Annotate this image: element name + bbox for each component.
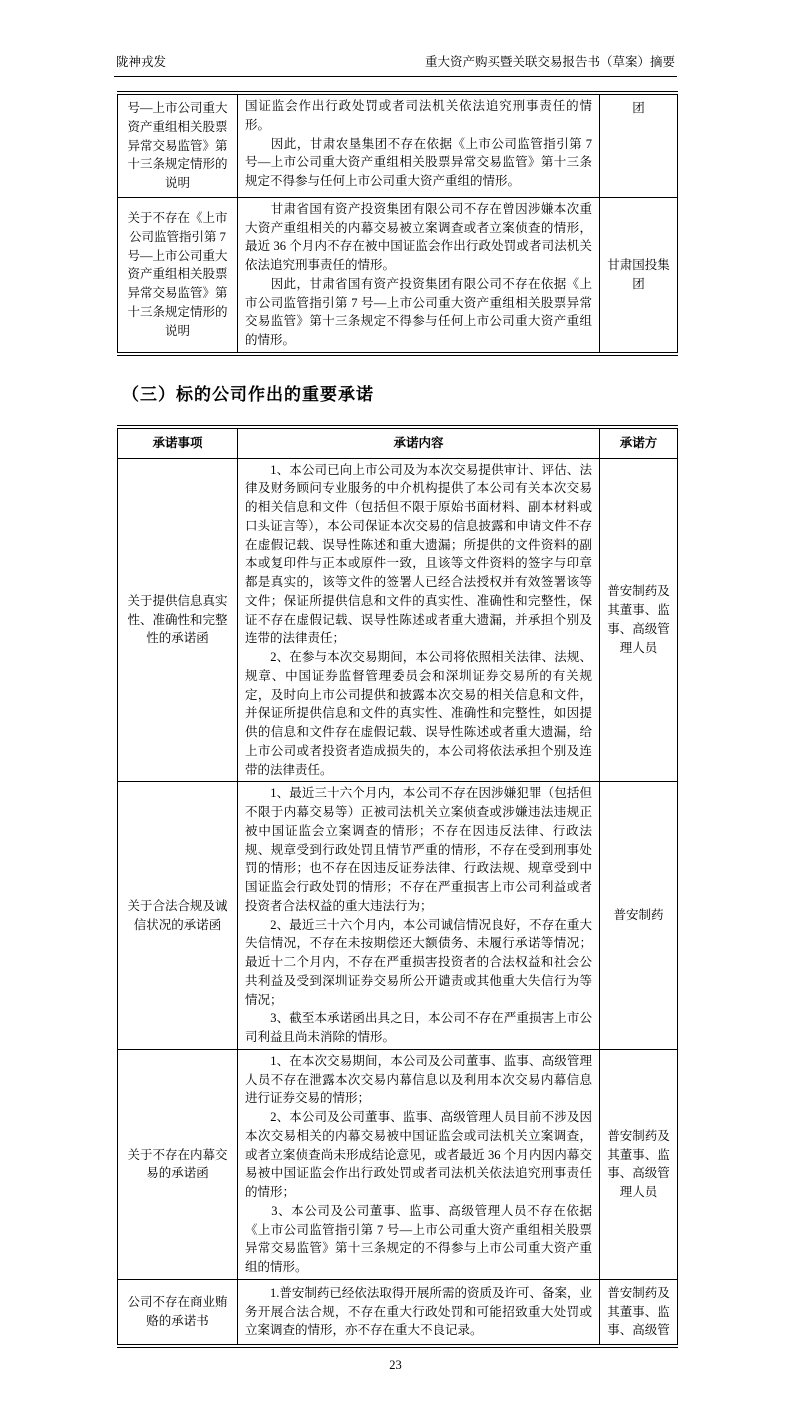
table-row: 号—上市公司重大资产重组相关股票异常交易监管》第十三条规定情形的说明国证监会作出…	[118, 93, 678, 197]
commitment-party-cell: 普安制药及其董事、监事、高级管	[600, 1279, 678, 1346]
commitment-paragraph: 因此，甘肃省国有资产投资集团有限公司不存在依据《上市公司监管指引第 7 号—上市…	[245, 275, 592, 350]
commitment-item-cell: 关于提供信息真实性、准确性和完整性的承诺函	[118, 458, 238, 782]
commitment-party-cell: 甘肃国投集团	[600, 197, 678, 354]
commitment-item-cell: 关于合法合规及诚信状况的承诺函	[118, 782, 238, 1050]
table-row: 关于合法合规及诚信状况的承诺函 1、最近三十六个月内，本公司不存在因涉嫌犯罪（包…	[118, 782, 678, 1050]
commitment-party-cell: 普安制药及其董事、监事、高级管理人员	[600, 458, 678, 782]
commitment-item-cell: 号—上市公司重大资产重组相关股票异常交易监管》第十三条规定情形的说明	[118, 93, 238, 197]
table-header-row: 承诺事项 承诺内容 承诺方	[118, 427, 678, 458]
page-number: 23	[114, 1358, 677, 1373]
header-divider-gap	[114, 77, 677, 91]
commitment-party-cell: 团	[600, 93, 678, 197]
commitment-paragraph: 甘肃省国有资产投资集团有限公司不存在曾因涉嫌本次重大资产重组相关的内幕交易被立案…	[245, 200, 592, 275]
table-row: 关于提供信息真实性、准确性和完整性的承诺函 1、本公司已向上市公司及为本次交易提…	[118, 458, 678, 782]
commitment-paragraph: 2、本公司及公司董事、监事、高级管理人员目前不涉及因本次交易相关的内幕交易被中国…	[245, 1108, 592, 1202]
header-report-title: 重大资产购买暨关联交易报告书（草案）摘要	[425, 52, 675, 70]
commitment-item-cell: 关于不存在内幕交易的承诺函	[118, 1049, 238, 1279]
commitment-party-cell: 普安制药	[600, 782, 678, 1050]
table-row: 公司不存在商业贿赂的承诺书 1.普安制药已经依法取得开展所需的资质及许可、备案，…	[118, 1279, 678, 1346]
target-company-commitments-table: 承诺事项 承诺内容 承诺方 关于提供信息真实性、准确性和完整性的承诺函 1、本公…	[117, 425, 678, 1348]
page-header: 陇神戎发 重大资产购买暨关联交易报告书（草案）摘要	[114, 52, 677, 77]
column-header-commitment-party: 承诺方	[600, 427, 678, 458]
commitment-content-cell: 1、最近三十六个月内，本公司不存在因涉嫌犯罪（包括但不限于内幕交易等）正被司法机…	[238, 782, 600, 1050]
continued-commitments-table: 号—上市公司重大资产重组相关股票异常交易监管》第十三条规定情形的说明国证监会作出…	[117, 91, 678, 356]
column-header-commitment-content: 承诺内容	[238, 427, 600, 458]
section-heading: （三）标的公司作出的重要承诺	[122, 380, 677, 405]
commitment-paragraph: 1、最近三十六个月内，本公司不存在因涉嫌犯罪（包括但不限于内幕交易等）正被司法机…	[245, 784, 592, 915]
commitment-paragraph: 1、本公司已向上市公司及为本次交易提供审计、评估、法律及财务顾问专业服务的中介机…	[245, 461, 592, 649]
commitment-party-cell: 普安制药及其董事、监事、高级管理人员	[600, 1049, 678, 1279]
commitment-paragraph: 因此，甘肃农垦集团不存在依据《上市公司监管指引第 7 号—上市公司重大资产重组相…	[245, 135, 592, 191]
commitment-paragraph: 3、本公司及公司董事、监事、高级管理人员不存在依据《上市公司监管指引第 7 号—…	[245, 1202, 592, 1277]
commitment-paragraph: 3、截至本承诺函出具之日，本公司不存在严重损害上市公司利益且尚未消除的情形。	[245, 1009, 592, 1047]
commitment-content-cell: 1、本公司已向上市公司及为本次交易提供审计、评估、法律及财务顾问专业服务的中介机…	[238, 458, 600, 782]
commitment-paragraph: 国证监会作出行政处罚或者司法机关依法追究刑事责任的情形。	[245, 97, 592, 135]
commitment-content-cell: 甘肃省国有资产投资集团有限公司不存在曾因涉嫌本次重大资产重组相关的内幕交易被立案…	[238, 197, 600, 354]
commitment-paragraph: 2、在参与本次交易期间，本公司将依照相关法律、法规、规章、中国证券监督管理委员会…	[245, 648, 592, 779]
header-short-title: 陇神戎发	[116, 52, 166, 70]
commitment-item-cell: 公司不存在商业贿赂的承诺书	[118, 1279, 238, 1346]
document-page: 陇神戎发 重大资产购买暨关联交易报告书（草案）摘要 号—上市公司重大资产重组相关…	[0, 0, 793, 1403]
commitment-item-cell: 关于不存在《上市公司监管指引第 7 号—上市公司重大资产重组相关股票异常交易监管…	[118, 197, 238, 354]
commitment-content-cell: 1、在本次交易期间，本公司及公司董事、监事、高级管理人员不存在泄露本次交易内幕信…	[238, 1049, 600, 1279]
table-row: 关于不存在内幕交易的承诺函 1、在本次交易期间，本公司及公司董事、监事、高级管理…	[118, 1049, 678, 1279]
commitment-paragraph: 1.普安制药已经依法取得开展所需的资质及许可、备案，业务开展合法合规，不存在重大…	[245, 1284, 592, 1340]
commitment-content-cell: 1.普安制药已经依法取得开展所需的资质及许可、备案，业务开展合法合规，不存在重大…	[238, 1279, 600, 1346]
table-row: 关于不存在《上市公司监管指引第 7 号—上市公司重大资产重组相关股票异常交易监管…	[118, 197, 678, 354]
commitment-content-cell: 国证监会作出行政处罚或者司法机关依法追究刑事责任的情形。 因此，甘肃农垦集团不存…	[238, 93, 600, 197]
column-header-commitment-item: 承诺事项	[118, 427, 238, 458]
commitment-paragraph: 2、最近三十六个月内，本公司诚信情况良好，不存在重大失信情况，不存在未按期偿还大…	[245, 916, 592, 1010]
commitment-paragraph: 1、在本次交易期间，本公司及公司董事、监事、高级管理人员不存在泄露本次交易内幕信…	[245, 1052, 592, 1108]
